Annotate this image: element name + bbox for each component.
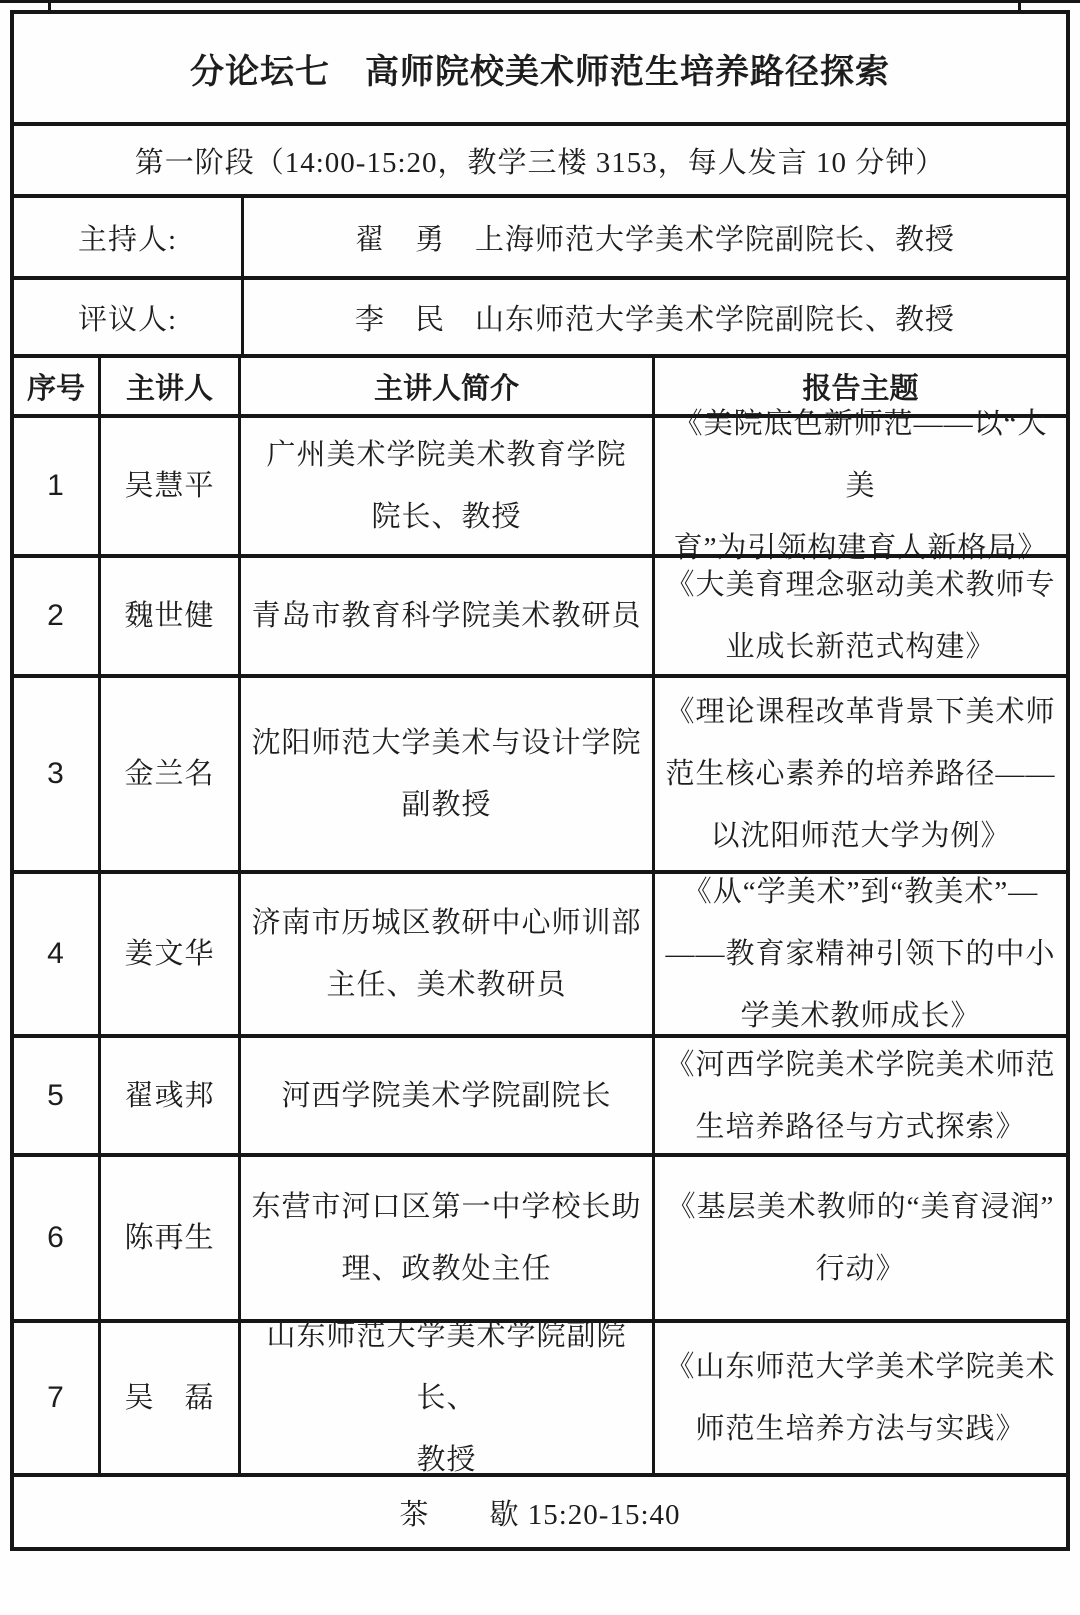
speaker-intro: 广州美术学院美术教育学院 院长、教授 [238, 418, 652, 554]
speaker-name: 翟彧邦 [98, 1038, 238, 1153]
tea-break-text: 茶 歇 15:20-15:40 [14, 1477, 1066, 1547]
table-row: 2 魏世健 青岛市教育科学院美术教研员 《大美育理念驱动美术教师专 业成长新范式… [14, 554, 1066, 674]
table-row: 3 金兰名 沈阳师范大学美术与设计学院 副教授 《理论课程改革背景下美术师 范生… [14, 674, 1066, 870]
row-number: 2 [14, 558, 98, 674]
header-no: 序号 [14, 358, 98, 414]
table-row: 7 吴 磊 山东师范大学美术学院副院长、 教授 《山东师范大学美术学院美术 师范… [14, 1319, 1066, 1473]
speaker-intro: 青岛市教育科学院美术教研员 [238, 558, 652, 674]
speaker-name: 吴慧平 [98, 418, 238, 554]
header-speaker: 主讲人 [98, 358, 238, 414]
speaker-intro: 东营市河口区第一中学校长助 理、政教处主任 [238, 1157, 652, 1319]
table-row: 6 陈再生 东营市河口区第一中学校长助 理、政教处主任 《基层美术教师的“美育浸… [14, 1153, 1066, 1319]
report-topic: 《从“学美术”到“教美术”— ——教育家精神引领下的中小 学美术教师成长》 [652, 874, 1066, 1034]
forum-title-row: 分论坛七 高师院校美术师范生培养路径探索 [14, 14, 1066, 122]
row-number: 6 [14, 1157, 98, 1319]
scanned-program-page: 分论坛七 高师院校美术师范生培养路径探索 第一阶段（14:00-15:20，教学… [0, 0, 1080, 1615]
report-topic: 《河西学院美术学院美术师范 生培养路径与方式探索》 [652, 1038, 1066, 1153]
cropped-table-edge [0, 0, 1080, 3]
speaker-name: 姜文华 [98, 874, 238, 1034]
reviewer-row: 评议人: 李 民 山东师范大学美术学院副院长、教授 [14, 276, 1066, 354]
row-number: 5 [14, 1038, 98, 1153]
speaker-intro: 济南市历城区教研中心师训部 主任、美术教研员 [238, 874, 652, 1034]
table-row: 5 翟彧邦 河西学院美术学院副院长 《河西学院美术学院美术师范 生培养路径与方式… [14, 1034, 1066, 1153]
reviewer-value: 李 民 山东师范大学美术学院副院长、教授 [241, 280, 1066, 354]
speaker-name: 吴 磊 [98, 1323, 238, 1473]
table-row: 1 吴慧平 广州美术学院美术教育学院 院长、教授 《美院底色新师范——以“大美 … [14, 414, 1066, 554]
speaker-intro: 沈阳师范大学美术与设计学院 副教授 [238, 678, 652, 870]
speaker-name: 陈再生 [98, 1157, 238, 1319]
report-topic: 《理论课程改革背景下美术师 范生核心素养的培养路径—— 以沈阳师范大学为例》 [652, 678, 1066, 870]
speaker-name: 魏世健 [98, 558, 238, 674]
row-number: 3 [14, 678, 98, 870]
report-topic: 《大美育理念驱动美术教师专 业成长新范式构建》 [652, 558, 1066, 674]
session-info-row: 第一阶段（14:00-15:20，教学三楼 3153，每人发言 10 分钟） [14, 122, 1066, 194]
host-label: 主持人: [14, 198, 241, 276]
forum-title: 分论坛七 高师院校美术师范生培养路径探索 [14, 14, 1066, 122]
forum-schedule-table: 分论坛七 高师院校美术师范生培养路径探索 第一阶段（14:00-15:20，教学… [10, 10, 1070, 1551]
host-value: 翟 勇 上海师范大学美术学院副院长、教授 [241, 198, 1066, 276]
host-row: 主持人: 翟 勇 上海师范大学美术学院副院长、教授 [14, 194, 1066, 276]
report-topic: 《山东师范大学美术学院美术 师范生培养方法与实践》 [652, 1323, 1066, 1473]
row-number: 7 [14, 1323, 98, 1473]
report-topic: 《美院底色新师范——以“大美 育”为引领构建育人新格局》 [652, 418, 1066, 554]
speaker-intro: 河西学院美术学院副院长 [238, 1038, 652, 1153]
session-info: 第一阶段（14:00-15:20，教学三楼 3153，每人发言 10 分钟） [14, 126, 1066, 194]
speaker-intro: 山东师范大学美术学院副院长、 教授 [238, 1323, 652, 1473]
table-row: 4 姜文华 济南市历城区教研中心师训部 主任、美术教研员 《从“学美术”到“教美… [14, 870, 1066, 1034]
tea-break-row: 茶 歇 15:20-15:40 [14, 1473, 1066, 1547]
speaker-name: 金兰名 [98, 678, 238, 870]
header-intro: 主讲人简介 [238, 358, 652, 414]
row-number: 1 [14, 418, 98, 554]
row-number: 4 [14, 874, 98, 1034]
report-topic: 《基层美术教师的“美育浸润” 行动》 [652, 1157, 1066, 1319]
reviewer-label: 评议人: [14, 280, 241, 354]
